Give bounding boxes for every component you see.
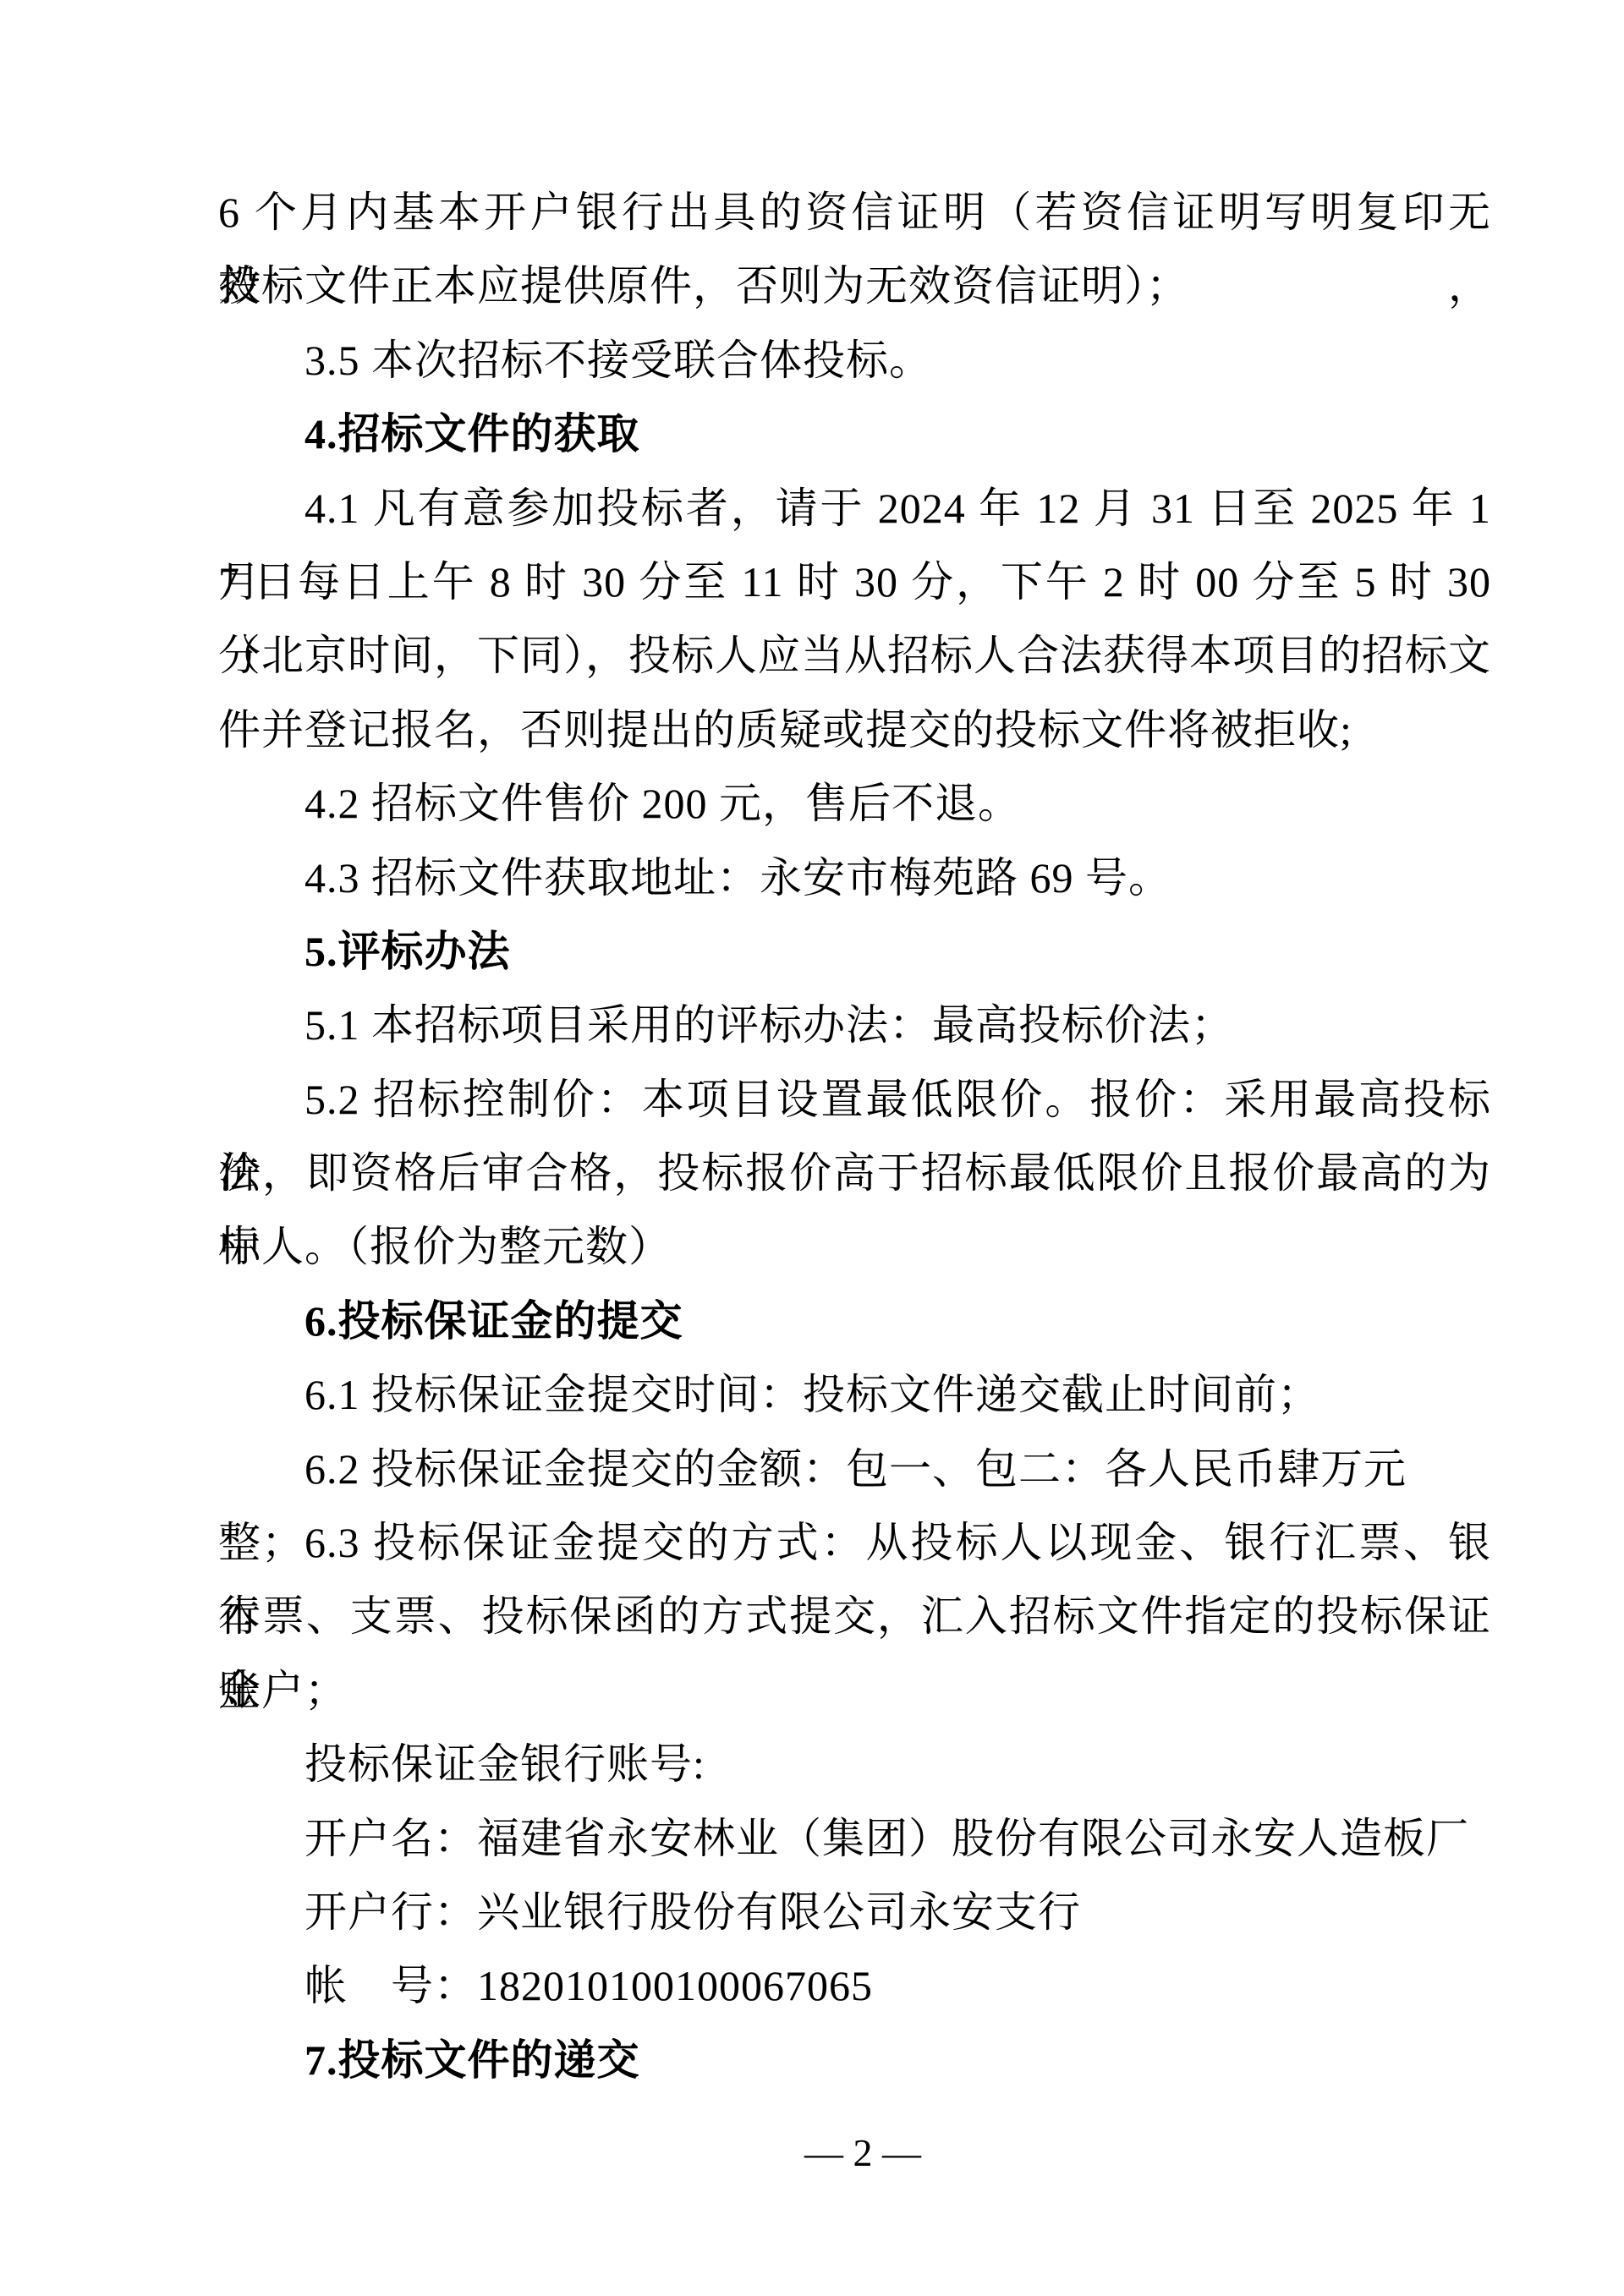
text-line: 本票、支票、投标保函的方式提交，汇入招标文件指定的投标保证金 — [218, 1580, 1491, 1653]
text-line: 6 个月内基本开户银行出具的资信证明（若资信证明写明复印无效， — [218, 176, 1491, 249]
text-line: 4.2 招标文件售价 200 元，售后不退。 — [218, 767, 1491, 841]
document-body: 6 个月内基本开户银行出具的资信证明（若资信证明写明复印无效，投标文件正本应提供… — [218, 176, 1491, 2097]
text-line: 账户； — [218, 1654, 1491, 1728]
text-line: 7.投标文件的递交 — [218, 2024, 1491, 2097]
text-line: 5.评标办法 — [218, 915, 1491, 989]
text-line: 投标保证金银行账号: — [218, 1728, 1491, 1801]
text-line: 4.1 凡有意参加投标者，请于 2024 年 12 月 31 日至 2025 年… — [218, 472, 1491, 545]
text-line: （北京时间，下同），投标人应当从招标人合法获得本项目的招标文 — [218, 619, 1491, 693]
text-line: 5.1 本招标项目采用的评标办法：最高投标价法； — [218, 989, 1491, 1062]
text-line: 5.2 招标控制价：本项目设置最低限价。报价：采用最高投标价 — [218, 1063, 1491, 1137]
document-page: 6 个月内基本开户银行出具的资信证明（若资信证明写明复印无效，投标文件正本应提供… — [0, 0, 1624, 2296]
text-line: 6.2 投标保证金提交的金额：包一、包二：各人民币肆万元整； — [218, 1433, 1491, 1506]
text-line: 6.3 投标保证金提交的方式：从投标人以现金、银行汇票、银行 — [218, 1506, 1491, 1580]
text-line: 法，即资格后审合格，投标报价高于招标最低限价且报价最高的为中 — [218, 1137, 1491, 1210]
text-line: 4.3 招标文件获取地址：永安市梅苑路 69 号。 — [218, 841, 1491, 915]
text-line: 帐 号：182010100100067065 — [218, 1949, 1491, 2023]
text-line: 件并登记报名，否则提出的质疑或提交的投标文件将被拒收; — [218, 693, 1491, 767]
text-line: 标人。（报价为整元数） — [218, 1210, 1491, 1284]
text-line: 开户行：兴业银行股份有限公司永安支行 — [218, 1876, 1491, 1949]
text-line: 开户名：福建省永安林业（集团）股份有限公司永安人造板厂 — [218, 1802, 1491, 1876]
text-line: 3.5 本次招标不接受联合体投标。 — [218, 324, 1491, 397]
text-line: 7 日每日上午 8 时 30 分至 11 时 30 分，下午 2 时 00 分至… — [218, 545, 1491, 619]
text-line: 6.1 投标保证金提交时间：投标文件递交截止时间前； — [218, 1358, 1491, 1432]
page-number: — 2 — — [804, 2129, 921, 2177]
text-line: 4.招标文件的获取 — [218, 397, 1491, 471]
text-line: 6.投标保证金的提交 — [218, 1285, 1491, 1358]
